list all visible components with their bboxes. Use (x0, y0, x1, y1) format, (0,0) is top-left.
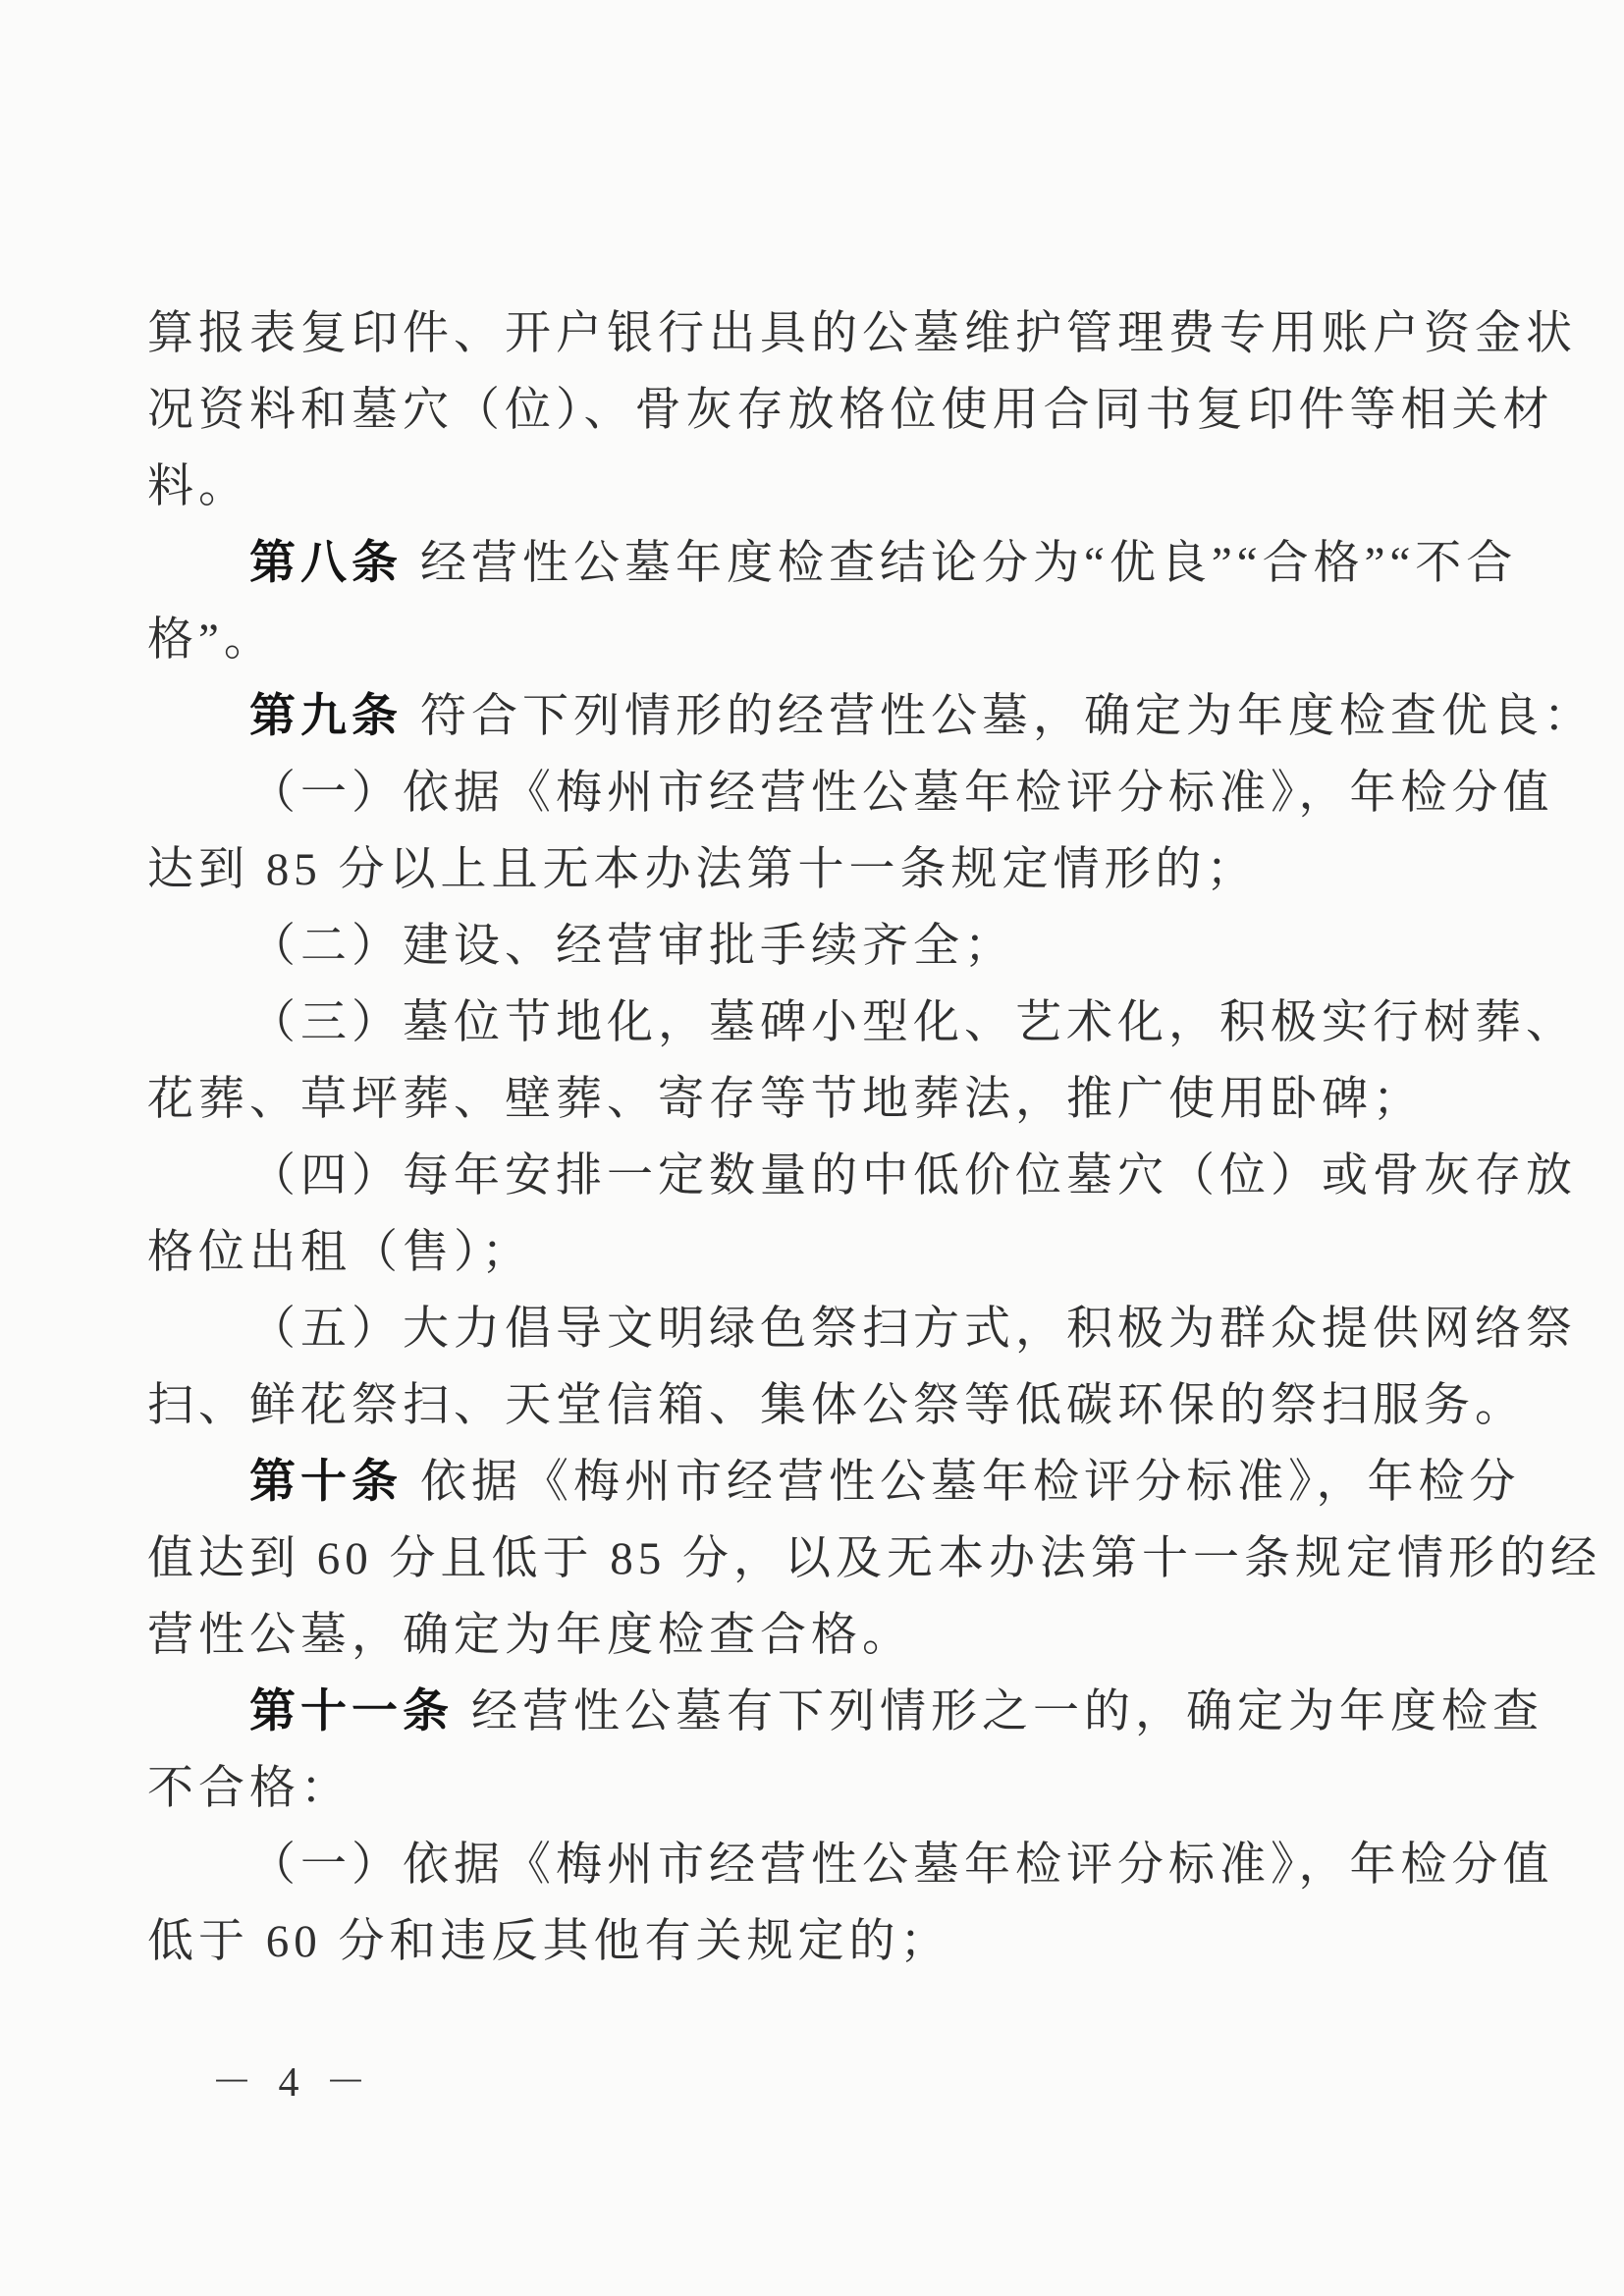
text-line: 第九条符合下列情形的经营性公墓，确定为年度检查优良： (147, 678, 1492, 755)
text-line: 料。 (147, 449, 1492, 525)
text-line: 第十条依据《梅州市经营性公墓年检评分标准》，年检分 (147, 1444, 1492, 1521)
line-text: 不合格： (147, 1763, 352, 1814)
line-text: 依据《梅州市经营性公墓年检评分标准》，年检分 (420, 1457, 1521, 1508)
line-text: 格”。 (147, 614, 275, 666)
line-text: 花葬、草坪葬、壁葬、寄存等节地葬法，推广使用卧碑； (147, 1074, 1424, 1125)
text-line: 值达到 60 分且低于 85 分，以及无本办法第十一条规定情形的经 (147, 1521, 1492, 1597)
text-line: 营性公墓，确定为年度检查合格。 (147, 1597, 1492, 1674)
text-line: （二）建设、经营审批手续齐全； (147, 908, 1492, 985)
line-text: 达到 85 分以上且无本办法第十一条规定情形的； (147, 844, 1258, 895)
text-line: 格”。 (147, 602, 1492, 678)
text-line: 低于 60 分和违反其他有关规定的； (147, 1903, 1492, 1980)
text-line: 算报表复印件、开户银行出具的公墓维护管理费专用账户资金状 (147, 295, 1492, 372)
line-text: 扫、鲜花祭扫、天堂信箱、集体公祭等低碳环保的祭扫服务。 (147, 1380, 1526, 1431)
line-text: 况资料和墓穴（位）、骨灰存放格位使用合同书复印件等相关材 (147, 385, 1554, 436)
line-text: （三）墓位节地化，墓碑小型化、艺术化，积极实行树葬、 (249, 997, 1577, 1048)
line-text: 低于 60 分和违反其他有关规定的； (147, 1916, 951, 1967)
text-line: （三）墓位节地化，墓碑小型化、艺术化，积极实行树葬、 (147, 985, 1492, 1061)
text-line: （一）依据《梅州市经营性公墓年检评分标准》，年检分值 (147, 1827, 1492, 1903)
document-text-block: 算报表复印件、开户银行出具的公墓维护管理费专用账户资金状 况资料和墓穴（位）、骨… (147, 295, 1492, 1980)
line-text: 经营性公墓年度检查结论分为“优良”“合格”“不合 (420, 538, 1517, 589)
article-11-heading: 第十一条 (249, 1686, 454, 1737)
text-line: 况资料和墓穴（位）、骨灰存放格位使用合同书复印件等相关材 (147, 372, 1492, 449)
line-text: （四）每年安排一定数量的中低价位墓穴（位）或骨灰存放 (249, 1150, 1577, 1201)
text-line: 格位出租（售）； (147, 1214, 1492, 1291)
text-line: 达到 85 分以上且无本办法第十一条规定情形的； (147, 831, 1492, 908)
line-text: 格位出租（售）； (147, 1227, 533, 1278)
text-line: （四）每年安排一定数量的中低价位墓穴（位）或骨灰存放 (147, 1138, 1492, 1214)
text-line: （一）依据《梅州市经营性公墓年检评分标准》，年检分值 (147, 755, 1492, 831)
line-text: 经营性公墓有下列情形之一的，确定为年度检查 (471, 1686, 1543, 1737)
text-line: 不合格： (147, 1750, 1492, 1827)
document-page: 算报表复印件、开户银行出具的公墓维护管理费专用账户资金状 况资料和墓穴（位）、骨… (0, 0, 1624, 2296)
line-text: （二）建设、经营审批手续齐全； (249, 921, 1015, 972)
line-text: 值达到 60 分且低于 85 分，以及无本办法第十一条规定情形的经 (147, 1533, 1601, 1584)
line-text: （五）大力倡导文明绿色祭扫方式，积极为群众提供网络祭 (249, 1304, 1577, 1355)
line-text: 料。 (147, 461, 249, 512)
line-text: 算报表复印件、开户银行出具的公墓维护管理费专用账户资金状 (147, 308, 1577, 359)
article-8-heading: 第八条 (249, 538, 403, 589)
text-line: 花葬、草坪葬、壁葬、寄存等节地葬法，推广使用卧碑； (147, 1061, 1492, 1138)
line-text: 符合下列情形的经营性公墓，确定为年度检查优良： (420, 691, 1595, 742)
line-text: 营性公墓，确定为年度检查合格。 (147, 1610, 913, 1661)
line-text: （一）依据《梅州市经营性公墓年检评分标准》，年检分值 (249, 768, 1554, 819)
page-number: － 4 － (211, 2054, 374, 2112)
text-line: 第八条经营性公墓年度检查结论分为“优良”“合格”“不合 (147, 525, 1492, 602)
text-line: 第十一条经营性公墓有下列情形之一的，确定为年度检查 (147, 1674, 1492, 1750)
article-10-heading: 第十条 (249, 1457, 403, 1508)
article-9-heading: 第九条 (249, 691, 403, 742)
text-line: （五）大力倡导文明绿色祭扫方式，积极为群众提供网络祭 (147, 1291, 1492, 1367)
line-text: （一）依据《梅州市经营性公墓年检评分标准》，年检分值 (249, 1840, 1554, 1891)
text-line: 扫、鲜花祭扫、天堂信箱、集体公祭等低碳环保的祭扫服务。 (147, 1367, 1492, 1444)
